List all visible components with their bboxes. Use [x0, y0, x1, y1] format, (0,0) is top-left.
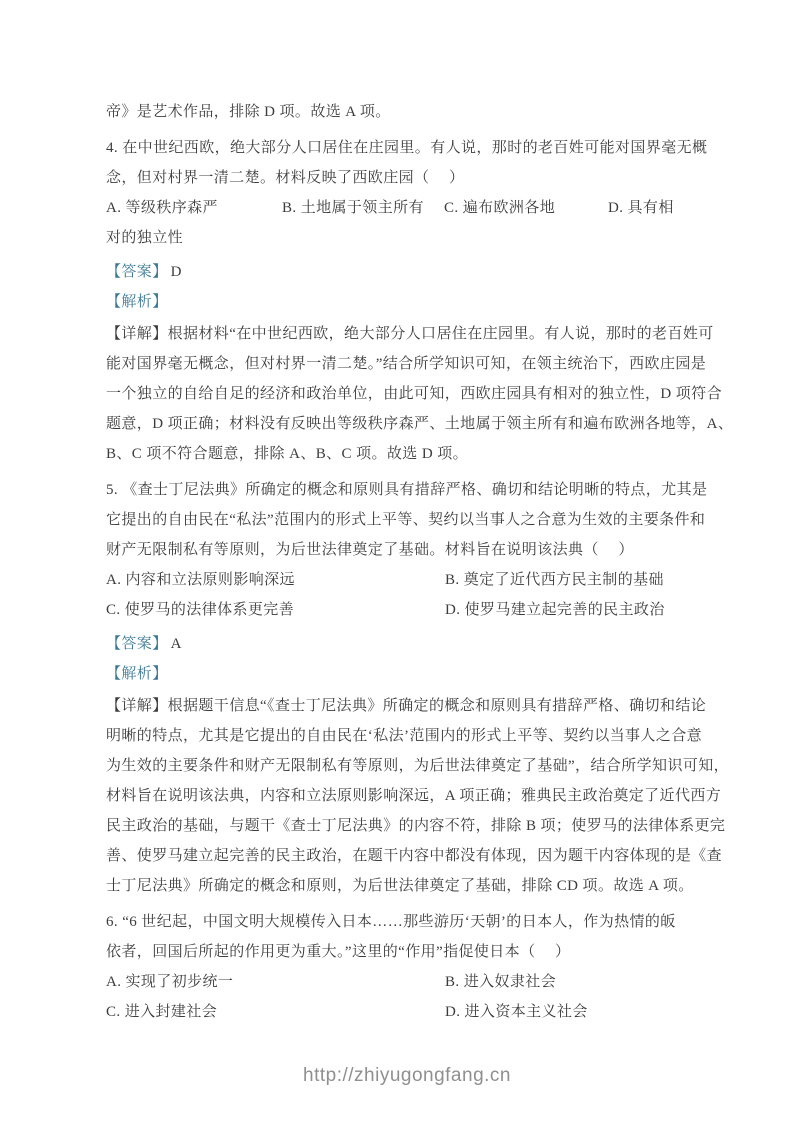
option-item: D. 使罗马建立起完善的民主政治: [445, 595, 665, 625]
text-line: A. 实现了初步统一B. 进入奴隶社会: [106, 967, 726, 997]
text-line: 材料旨在说明该法典，内容和立法原则影响深远，A 项正确；雅典民主政治奠定了近代西…: [106, 781, 726, 811]
text-line: A. 内容和立法原则影响深远B. 奠定了近代西方民主制的基础: [106, 565, 726, 595]
text-line: 【答案】D: [106, 257, 726, 287]
text-line: 明晰的特点，尤其是它提出的自由民在‘私法’范围内的形式上平等、契约以当事人之合意: [106, 721, 726, 751]
text-line: 4. 在中世纪西欧，绝大部分人口居住在庄园里。有人说，那时的老百姓可能对国界毫无…: [106, 133, 726, 163]
answer-label: 【答案】: [106, 264, 168, 280]
text-line: C. 使罗马的法律体系更完善D. 使罗马建立起完善的民主政治: [106, 595, 726, 625]
text-line: 财产无限制私有等原则，为后世法律奠定了基础。材料旨在说明该法典（ ）: [106, 535, 726, 565]
option-item: B. 进入奴隶社会: [445, 967, 556, 997]
text-line: C. 进入封建社会D. 进入资本主义社会: [106, 997, 726, 1027]
text-line: 5. 《查士丁尼法典》所确定的概念和原则具有措辞严格、确切和结论明晰的特点，尤其…: [106, 475, 726, 505]
text-line: 依者，回国后所起的作用更为重大。”这里的“作用”指促使日本（ ）: [106, 937, 726, 967]
answer-value: D: [171, 264, 182, 280]
document-page: 帝》是艺术作品，排除 D 项。故选 A 项。4. 在中世纪西欧，绝大部分人口居住…: [0, 0, 793, 1122]
option-item: B. 奠定了近代西方民主制的基础: [445, 565, 664, 595]
text-line: 民主政治的基础，与题干《查士丁尼法典》的内容不符，排除 B 项；使罗马的法律体系…: [106, 811, 726, 841]
text-line: 对的独立性: [106, 223, 726, 253]
option-item: C. 遍布欧洲各地: [444, 193, 608, 223]
text-line: 念，但对村界一清二楚。材料反映了西欧庄园（ ）: [106, 163, 726, 193]
text-line: 【详解】根据题干信息“《查士丁尼法典》所确定的概念和原则具有措辞严格、确切和结论: [106, 691, 726, 721]
option-item: A. 实现了初步统一: [106, 967, 445, 997]
text-line: 士丁尼法典》所确定的概念和原则，为后世法律奠定了基础，排除 CD 项。故选 A …: [106, 871, 726, 901]
text-line: 为生效的主要条件和财产无限制私有等原则，为后世法律奠定了基础”，结合所学知识可知…: [106, 751, 726, 781]
text-line: 帝》是艺术作品，排除 D 项。故选 A 项。: [106, 97, 726, 127]
watermark-url: http://zhiyugongfang.cn: [303, 1063, 511, 1089]
option-item: C. 进入封建社会: [106, 997, 445, 1027]
option-item: A. 等级秩序森严: [106, 193, 282, 223]
text-line: 【详解】根据材料“在中世纪西欧，绝大部分人口居住在庄园里。有人说，那时的老百姓可: [106, 319, 726, 349]
text-line: B、C 项不符合题意，排除 A、B、C 项。故选 D 项。: [106, 439, 726, 469]
option-item: D. 具有相: [608, 193, 674, 223]
option-item: B. 土地属于领主所有: [282, 193, 444, 223]
text-line: 一个独立的自给自足的经济和政治单位，由此可知，西欧庄园具有相对的独立性，D 项符…: [106, 379, 726, 409]
text-line: 它提出的自由民在“私法”范围内的形式上平等、契约以当事人之合意为生效的主要条件和: [106, 505, 726, 535]
analysis-label: 【解析】: [106, 294, 168, 310]
text-line: 【解析】: [106, 659, 726, 689]
analysis-label: 【解析】: [106, 666, 168, 682]
answer-value: A: [171, 636, 182, 652]
text-line: A. 等级秩序森严B. 土地属于领主所有C. 遍布欧洲各地D. 具有相: [106, 193, 726, 223]
answer-label: 【答案】: [106, 636, 168, 652]
text-line: 善、使罗马建立起完善的民主政治，在题干内容中都没有体现，因为题干内容体现的是《查: [106, 841, 726, 871]
text-line: 6. “6 世纪起，中国文明大规模传入日本……那些游历‘天朝’的日本人，作为热情…: [106, 907, 726, 937]
text-line: 能对国界毫无概念，但对村界一清二楚。”结合所学知识可知，在领主统治下，西欧庄园是: [106, 349, 726, 379]
option-item: A. 内容和立法原则影响深远: [106, 565, 445, 595]
text-line: 【解析】: [106, 287, 726, 317]
document-body: 帝》是艺术作品，排除 D 项。故选 A 项。4. 在中世纪西欧，绝大部分人口居住…: [106, 97, 726, 1027]
option-item: D. 进入资本主义社会: [445, 997, 588, 1027]
text-line: 题意，D 项正确；材料没有反映出等级秩序森严、土地属于领主所有和遍布欧洲各地等，…: [106, 409, 726, 439]
text-line: 【答案】A: [106, 629, 726, 659]
option-item: C. 使罗马的法律体系更完善: [106, 595, 445, 625]
